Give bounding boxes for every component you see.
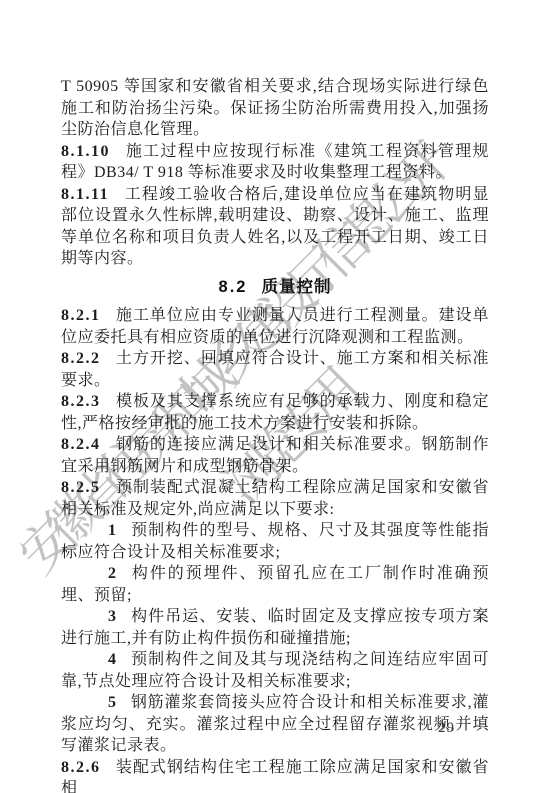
list-item: 1预制构件的型号、规格、尺寸及其强度等性能指标应符合设计及相关标准要求; bbox=[61, 520, 489, 563]
paragraph-text: 施工过程中应按现行标准《建筑工程资料管理规程》DB34/ T 918 等标准要求… bbox=[61, 143, 489, 182]
paragraph-text: 构件的预埋件、预留孔应在工厂制作时准确预埋、预留; bbox=[61, 565, 489, 604]
item-number: 4 bbox=[108, 651, 118, 668]
document-body: T 50905 等国家和安徽省相关要求,结合现场实际进行绿色施工和防治扬尘污染。… bbox=[61, 76, 489, 793]
clause-number: 8.2.1 bbox=[61, 307, 101, 324]
section-heading: 8.2质量控制 bbox=[61, 277, 489, 299]
section-number: 8.2 bbox=[219, 278, 248, 296]
list-item: 4预制构件之间及其与现浇结构之间连结应牢固可靠,节点处理应符合设计及相关标准要求… bbox=[61, 649, 489, 692]
paragraph-text: 工程竣工验收合格后,建设单位应当在建筑物明显部位设置永久性标牌,载明建设、勘察、… bbox=[61, 186, 489, 268]
item-number: 5 bbox=[108, 694, 118, 711]
paragraph-text: 预制构件之间及其与现浇结构之间连结应牢固可靠,节点处理应符合设计及相关标准要求; bbox=[61, 651, 489, 690]
list-item: 5钢筋灌浆套筒接头应符合设计和相关标准要求,灌浆应均匀、充实。灌浆过程中应全过程… bbox=[61, 692, 489, 757]
paragraph-text: 土方开挖、回填应符合设计、施工方案和相关标准要求。 bbox=[61, 350, 489, 389]
page-number: 29 bbox=[438, 720, 455, 737]
list-item: 2构件的预埋件、预留孔应在工厂制作时准确预埋、预留; bbox=[61, 563, 489, 606]
clause-number: 8.2.4 bbox=[61, 436, 101, 453]
paragraph-text: 钢筋的连接应满足设计和相关标准要求。钢筋制作宜采用钢筋网片和成型钢筋骨架。 bbox=[61, 436, 489, 475]
list-item: 3构件吊运、安装、临时固定及支撑应按专项方案进行施工,并有防止构件损伤和碰撞措施… bbox=[61, 606, 489, 649]
clause-number: 8.2.2 bbox=[61, 350, 101, 367]
clause-paragraph: 8.2.3模板及其支撑系统应有足够的承载力、刚度和稳定性,严格按经审批的施工技术… bbox=[61, 391, 489, 434]
clause-paragraph: 8.2.6装配式钢结构住宅工程施工除应满足国家和安徽省相 bbox=[61, 757, 489, 793]
clause-paragraph: 8.1.10施工过程中应按现行标准《建筑工程资料管理规程》DB34/ T 918… bbox=[61, 141, 489, 184]
paragraph-text: 构件吊运、安装、临时固定及支撑应按专项方案进行施工,并有防止构件损伤和碰撞措施; bbox=[61, 608, 489, 647]
clause-paragraph: 8.1.11工程竣工验收合格后,建设单位应当在建筑物明显部位设置永久性标牌,载明… bbox=[61, 184, 489, 270]
clause-paragraph: 8.2.4钢筋的连接应满足设计和相关标准要求。钢筋制作宜采用钢筋网片和成型钢筋骨… bbox=[61, 434, 489, 477]
clause-number: 8.2.6 bbox=[61, 759, 101, 776]
clause-paragraph: 8.2.2土方开挖、回填应符合设计、施工方案和相关标准要求。 bbox=[61, 348, 489, 391]
body-paragraph: T 50905 等国家和安徽省相关要求,结合现场实际进行绿色施工和防治扬尘污染。… bbox=[61, 76, 489, 141]
clause-number: 8.1.10 bbox=[61, 143, 110, 160]
clause-paragraph: 8.2.5预制装配式混凝土结构工程除应满足国家和安徽省相关标准及规定外,尚应满足… bbox=[61, 477, 489, 520]
item-number: 1 bbox=[108, 522, 118, 539]
item-number: 3 bbox=[108, 608, 118, 625]
paragraph-text: 预制装配式混凝土结构工程除应满足国家和安徽省相关标准及规定外,尚应满足以下要求: bbox=[61, 479, 489, 518]
clause-paragraph: 8.2.1施工单位应由专业测量人员进行工程测量。建设单位应委托具有相应资质的单位… bbox=[61, 305, 489, 348]
paragraph-text: 钢筋灌浆套筒接头应符合设计和相关标准要求,灌浆应均匀、充实。灌浆过程中应全过程留… bbox=[61, 694, 489, 754]
clause-number: 8.2.3 bbox=[61, 393, 101, 410]
paragraph-text: 模板及其支撑系统应有足够的承载力、刚度和稳定性,严格按经审批的施工技术方案进行安… bbox=[61, 393, 489, 432]
item-number: 2 bbox=[108, 565, 118, 582]
document-page: 安徽省住房和城乡建设厅信息公开 浏览专用 T 50905 等国家和安徽省相关要求… bbox=[0, 0, 548, 793]
clause-number: 8.2.5 bbox=[61, 479, 101, 496]
paragraph-text: 装配式钢结构住宅工程施工除应满足国家和安徽省相 bbox=[61, 759, 489, 793]
paragraph-text: T 50905 等国家和安徽省相关要求,结合现场实际进行绿色施工和防治扬尘污染。… bbox=[61, 78, 489, 138]
paragraph-text: 施工单位应由专业测量人员进行工程测量。建设单位应委托具有相应资质的单位进行沉降观… bbox=[61, 307, 489, 346]
paragraph-text: 预制构件的型号、规格、尺寸及其强度等性能指标应符合设计及相关标准要求; bbox=[61, 522, 489, 561]
clause-number: 8.1.11 bbox=[61, 186, 109, 203]
section-title: 质量控制 bbox=[261, 278, 331, 296]
